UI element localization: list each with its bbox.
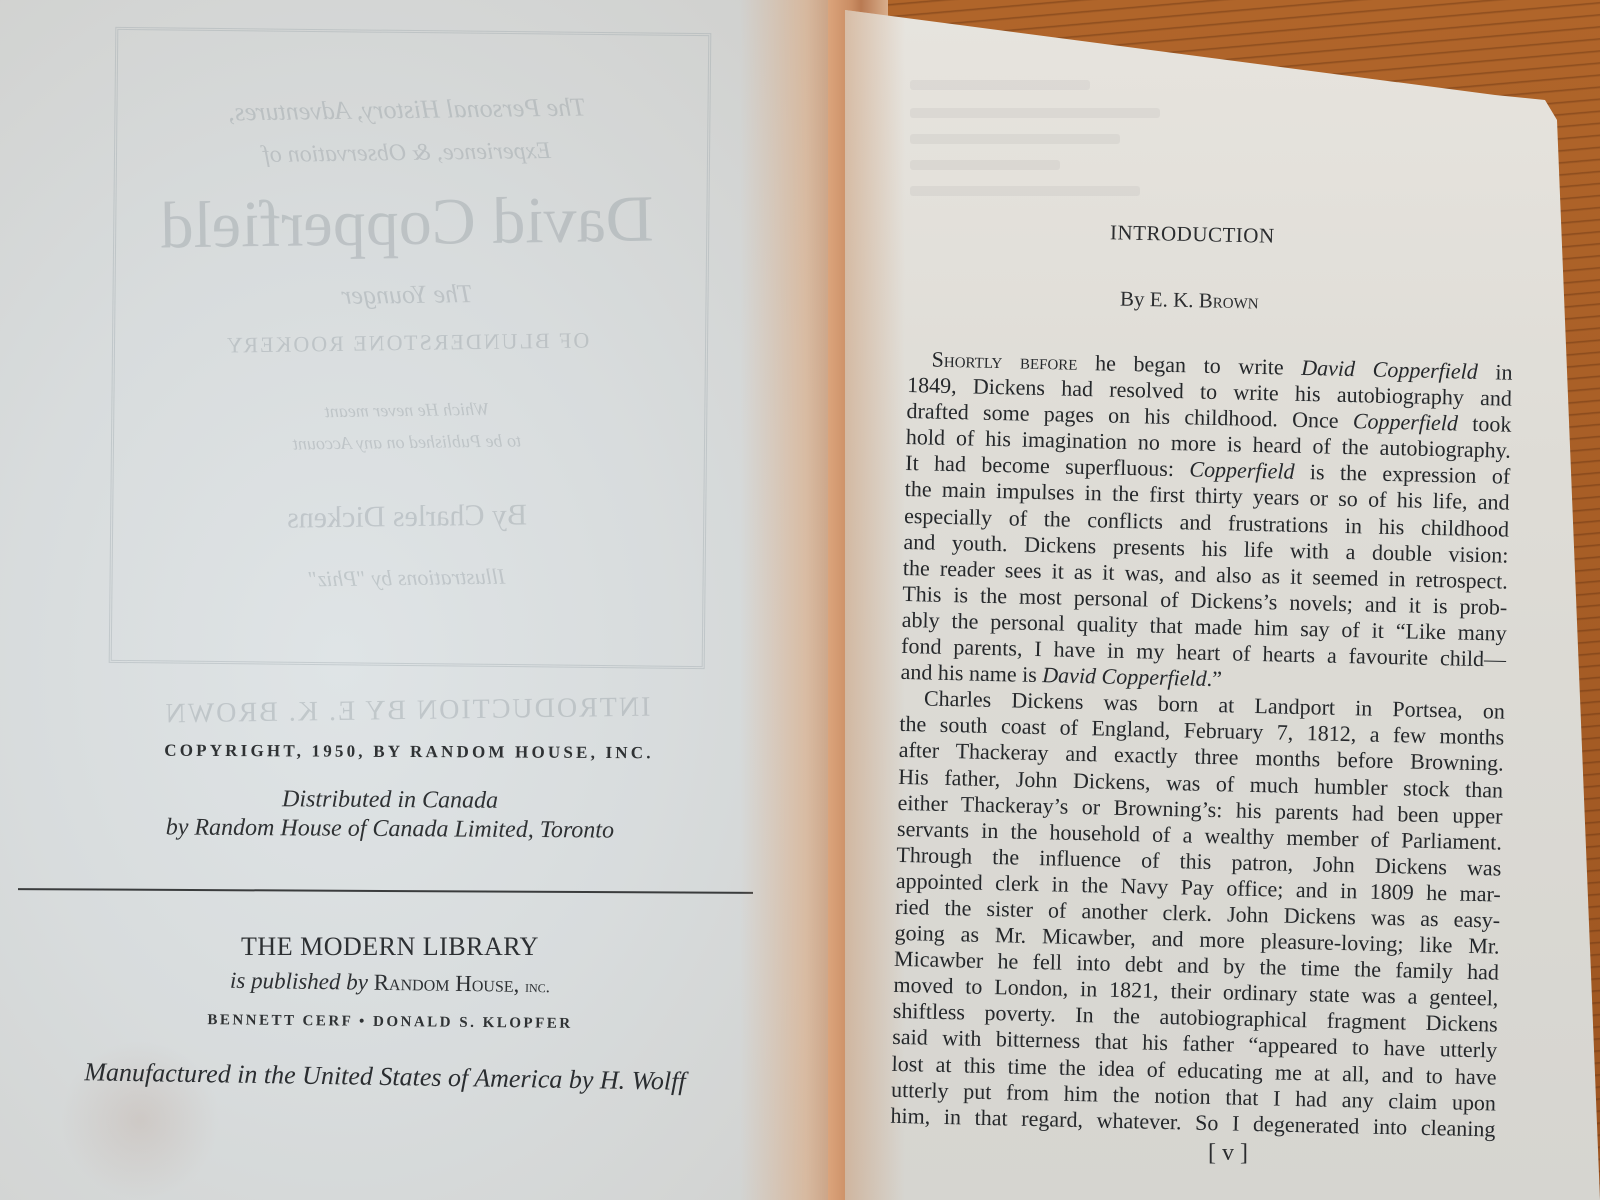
show-through-text [910,134,1120,144]
byline-author: E. K. Brown [1150,287,1259,313]
show-through-line: INTRODUCTION BY E. K. BROWN [112,691,702,731]
text-run: in [1478,359,1513,385]
text-run: is the expression of [1294,459,1510,489]
show-through-text [910,160,1060,170]
italic-title: David Copperfield [1301,355,1478,384]
page-number: [ v ] [1208,1140,1248,1167]
text-run: he began to write [1077,350,1301,380]
introduction-byline: By E. K. Brown [1120,287,1259,315]
publisher-name: Random House, [374,970,520,997]
left-page-copyright: The Personal History, Adventures, Experi… [0,0,850,1200]
show-through-text [910,80,1090,90]
publisher-suffix: inc. [525,977,550,996]
imprint-publisher-line: is published by Random House, inc. [150,967,630,1000]
distribution-line-2: by Random House of Canada Limited, Toron… [120,813,660,846]
text-run: .” [1206,666,1222,691]
text-run: Shortly before [931,347,1077,375]
text-run: and his name is [900,659,1042,687]
published-by-text: is published by [230,968,368,995]
introduction-heading: INTRODUCTION [1110,220,1275,248]
distribution-line-1: Distributed in Canada [120,784,660,817]
introduction-body: Shortly before he began to write David C… [890,346,1513,1142]
italic-title: Copperfield [1189,457,1295,484]
show-through-title: David Copperfield [111,181,702,265]
byline-prefix: By [1120,287,1145,312]
text-run: took [1458,411,1512,437]
imprint-founders: BENNETT CERF • DONALD S. KLOPFER [160,1012,620,1034]
show-through-text [910,108,1160,118]
show-through-text [910,186,1140,196]
imprint-title: THE MODERN LIBRARY [200,932,580,962]
italic-title: Copperfield [1353,408,1459,435]
distribution-note: Distributed in Canada by Random House of… [120,784,660,846]
italic-title: David Copperfield [1042,662,1207,691]
horizontal-rule [18,888,753,894]
copyright-notice: COPYRIGHT, 1950, BY RANDOM HOUSE, INC. [124,741,694,764]
